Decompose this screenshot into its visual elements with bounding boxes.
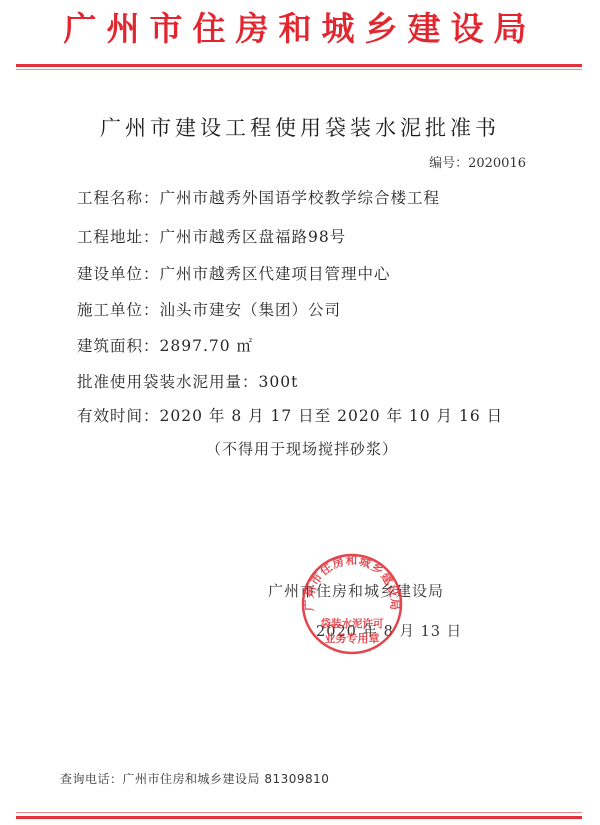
contact-phone: 81309810	[264, 772, 329, 786]
document-number-label: 编号：	[429, 156, 468, 171]
usage-restriction-note: （不得用于现场搅拌砂浆）	[0, 438, 600, 459]
contact-label: 查询电话：	[60, 772, 123, 786]
field-value: 汕头市建安（集团）公司	[160, 301, 342, 319]
field-validity-period: 有效时间：2020 年 8 月 17 日至 2020 年 10 月 16 日	[77, 404, 503, 426]
field-project-name: 工程名称：广州市越秀外国语学校教学综合楼工程	[77, 186, 440, 208]
field-value: 2897.70 ㎡	[160, 337, 254, 355]
signer-organization: 广州市住房和城乡建设局	[268, 580, 444, 601]
field-label: 建筑面积：	[77, 337, 160, 355]
letterhead-issuer: 广州市住房和城乡建设局	[0, 8, 600, 50]
field-value: 广州市越秀区代建项目管理中心	[160, 265, 391, 283]
field-label: 建设单位：	[77, 265, 160, 283]
document-number: 编号：2020016	[429, 152, 526, 171]
contact-organization: 广州市住房和城乡建设局	[123, 772, 261, 786]
field-label: 施工单位：	[77, 301, 160, 319]
field-value: 300t	[259, 373, 299, 391]
document-number-value: 2020016	[468, 156, 526, 171]
field-value: 广州市越秀区盘福路98号	[160, 228, 347, 246]
field-construction-unit: 建设单位：广州市越秀区代建项目管理中心	[77, 262, 391, 284]
field-label: 工程名称：	[77, 189, 160, 207]
field-label: 有效时间：	[77, 407, 160, 425]
footer-contact: 查询电话：广州市住房和城乡建设局 81309810	[60, 770, 329, 787]
document-title: 广州市建设工程使用袋装水泥批准书	[0, 112, 600, 142]
letterhead-divider-thin	[16, 69, 582, 70]
field-contractor: 施工单位：汕头市建安（集团）公司	[77, 298, 341, 320]
field-label: 批准使用袋装水泥用量：	[77, 373, 259, 391]
field-project-address: 工程地址：广州市越秀区盘福路98号	[77, 225, 346, 247]
signature-date: 2020 年 8 月 13 日	[316, 620, 462, 641]
field-value: 广州市越秀外国语学校教学综合楼工程	[160, 189, 441, 207]
field-label: 工程地址：	[77, 228, 160, 246]
footer-divider-thick	[16, 816, 582, 819]
field-value: 2020 年 8 月 17 日至 2020 年 10 月 16 日	[160, 407, 504, 425]
field-building-area: 建筑面积：2897.70 ㎡	[77, 334, 253, 356]
field-approved-cement-amount: 批准使用袋装水泥用量：300t	[77, 370, 298, 392]
letterhead-divider-thick	[16, 64, 582, 67]
footer-divider-thin	[16, 812, 582, 813]
